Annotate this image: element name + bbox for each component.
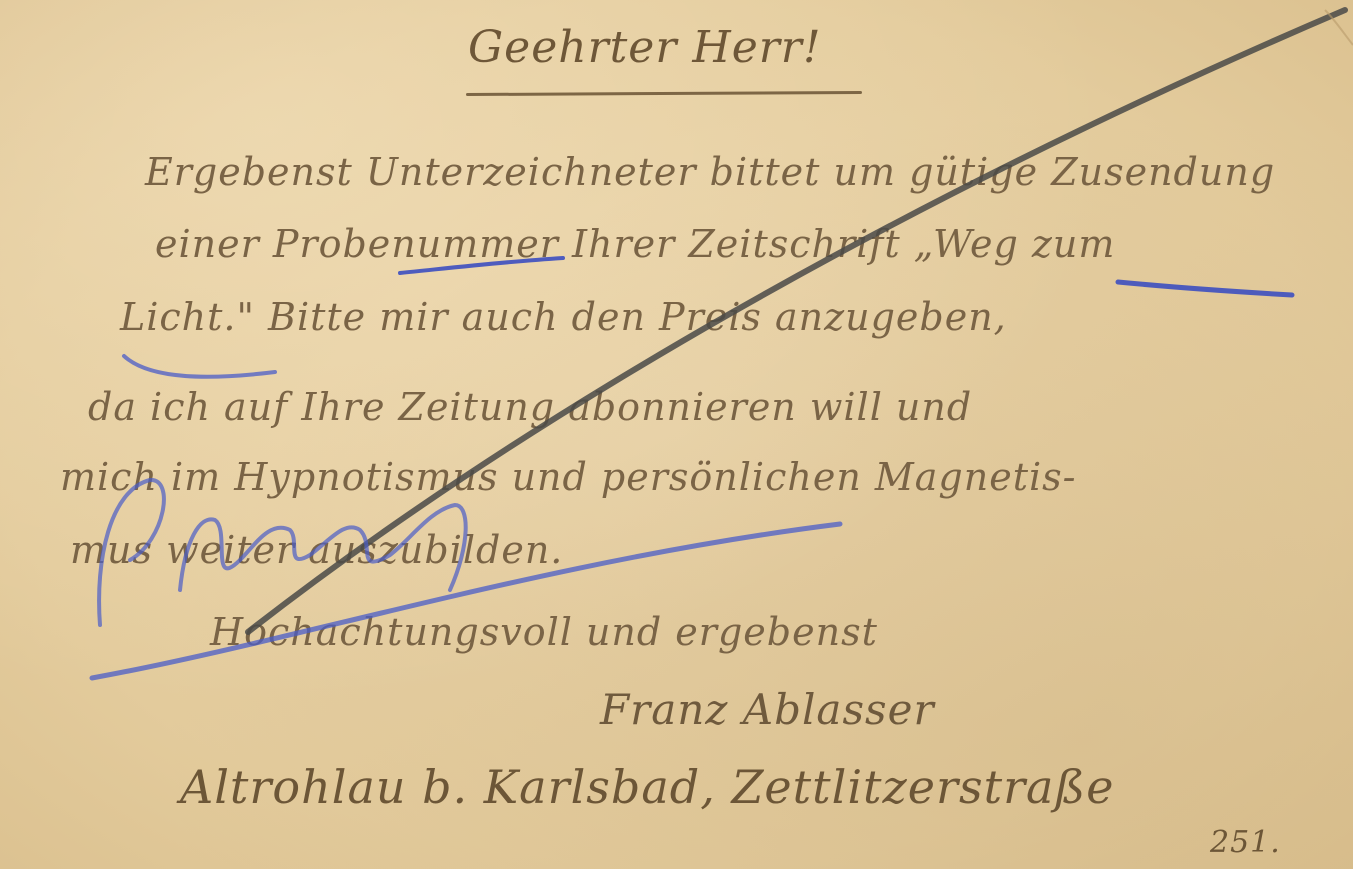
signature: Franz Ablasser [600, 685, 935, 734]
body-line-1: Ergebenst Unterzeichneter bittet um güti… [145, 150, 1275, 194]
body-line-3: Licht." Bitte mir auch den Preis anzugeb… [120, 295, 1007, 339]
body-line-4: da ich auf Ihre Zeitung abonnieren will … [88, 385, 972, 429]
house-number: 251. [1210, 825, 1281, 860]
body-line-5: mich im Hypnotismus und persönlichen Mag… [60, 455, 1076, 499]
body-line-2: einer Probenummer Ihrer Zeitschrift „Weg… [155, 222, 1115, 266]
sender-address: Altrohlau b. Karlsbad, Zettlitzerstraße [180, 760, 1114, 814]
closing-line: Hochachtungsvoll und ergebenst [210, 610, 878, 654]
body-line-6: mus weiter auszubilden. [70, 528, 563, 572]
salutation: Geehrter Herr! [468, 22, 822, 73]
postcard-paper [0, 0, 1353, 869]
